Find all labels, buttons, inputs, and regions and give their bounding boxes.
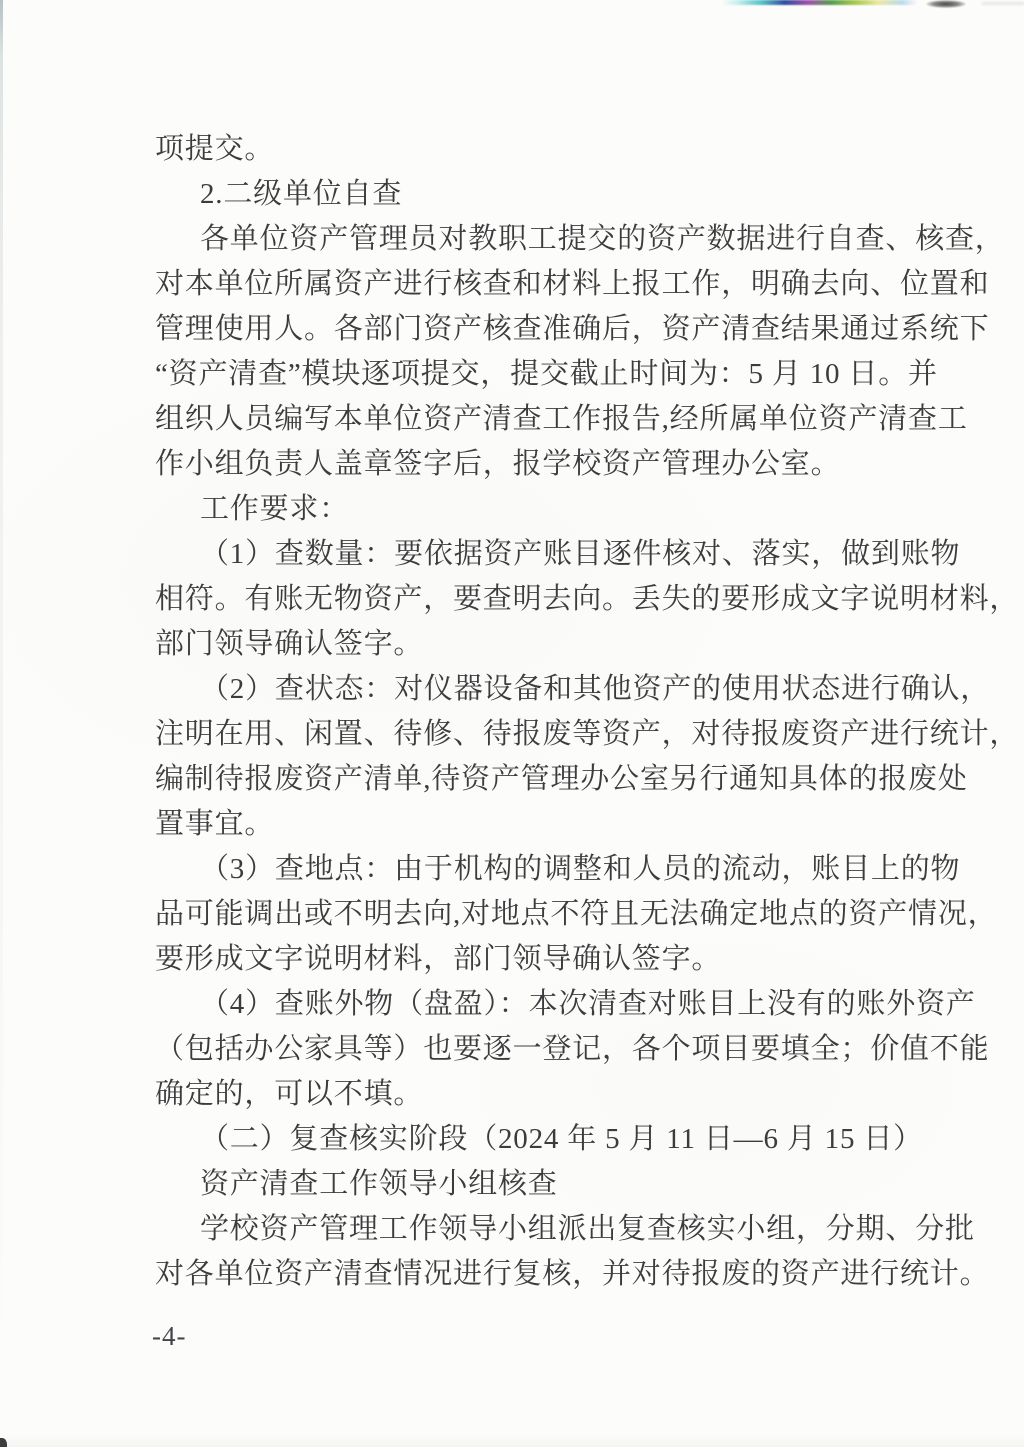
text-line-19: 要形成文字说明材料，部门领导确认签字。 <box>155 937 1000 982</box>
text-line-5: 管理使用人。各部门资产核查准确后，资产清查结果通过系统下 <box>155 307 1000 352</box>
scan-left-edge-shadow <box>0 0 3 1447</box>
text-line-22: 确定的，可以不填。 <box>155 1072 1000 1117</box>
text-line-11: 相符。有账无物资产，要查明去向。丢失的要形成文字说明材料， <box>155 577 1000 622</box>
text-line-2: 2.二级单位自查 <box>155 172 1000 217</box>
text-line-17: （3）查地点：由于机构的调整和人员的流动，账目上的物 <box>155 847 1000 892</box>
text-line-16: 置事宜。 <box>155 802 1000 847</box>
text-line-15: 编制待报废资产清单,待资产管理办公室另行通知具体的报废处 <box>155 757 1000 802</box>
page-number: -4- <box>152 1316 186 1356</box>
text-line-26: 对各单位资产清查情况进行复核，并对待报废的资产进行统计。 <box>155 1252 1000 1297</box>
scan-smudge-mark <box>926 0 966 8</box>
scan-smudge-tail <box>982 2 1024 5</box>
document-body-text: 项提交。2.二级单位自查各单位资产管理员对教职工提交的资产数据进行自查、核查，对… <box>155 127 1000 1297</box>
text-line-9: 工作要求： <box>155 487 1000 532</box>
text-line-10: （1）查数量：要依据资产账目逐件核对、落实，做到账物 <box>155 532 1000 577</box>
text-line-1: 项提交。 <box>155 127 1000 172</box>
text-line-7: 组织人员编写本单位资产清查工作报告,经所属单位资产清查工 <box>155 397 1000 442</box>
text-line-13: （2）查状态：对仪器设备和其他资产的使用状态进行确认， <box>155 667 1000 712</box>
text-line-24: 资产清查工作领导小组核查 <box>155 1162 1000 1207</box>
text-line-20: （4）查账外物（盘盈）：本次清查对账目上没有的账外资产 <box>155 982 1000 1027</box>
text-line-25: 学校资产管理工作领导小组派出复查核实小组，分期、分批 <box>155 1207 1000 1252</box>
text-line-23: （二）复查核实阶段（2024 年 5 月 11 日—6 月 15 日） <box>155 1117 1000 1162</box>
scan-rainbow-streak <box>722 0 918 5</box>
scan-bottom-edge-shadow <box>0 1435 1024 1447</box>
text-line-14: 注明在用、闲置、待修、待报废等资产，对待报废资产进行统计， <box>155 712 1000 757</box>
text-line-21: （包括办公家具等）也要逐一登记，各个项目要填全；价值不能 <box>155 1027 1000 1072</box>
text-line-8: 作小组负责人盖章签字后，报学校资产管理办公室。 <box>155 442 1000 487</box>
text-line-12: 部门领导确认签字。 <box>155 622 1000 667</box>
text-line-18: 品可能调出或不明去向,对地点不符且无法确定地点的资产情况， <box>155 892 1000 937</box>
scanned-document-page: 项提交。2.二级单位自查各单位资产管理员对教职工提交的资产数据进行自查、核查，对… <box>0 0 1024 1447</box>
text-line-6: “资产清查”模块逐项提交，提交截止时间为：5 月 10 日。并 <box>155 352 1000 397</box>
text-line-3: 各单位资产管理员对教职工提交的资产数据进行自查、核查， <box>155 217 1000 262</box>
text-line-4: 对本单位所属资产进行核查和材料上报工作，明确去向、位置和 <box>155 262 1000 307</box>
